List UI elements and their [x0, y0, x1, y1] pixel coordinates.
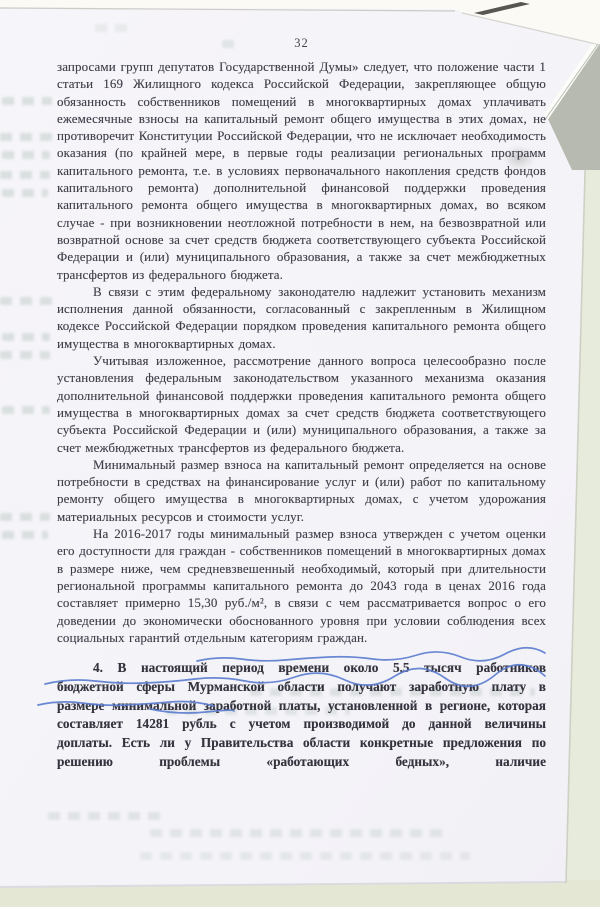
paragraph: запросами групп депутатов Государственно… — [57, 58, 546, 283]
paragraph: Учитывая изложенное, рассмотрение данног… — [57, 352, 546, 456]
paragraph: В связи с этим федеральному законодателю… — [57, 283, 546, 352]
document-text-column: 32 запросами групп депутатов Государстве… — [57, 36, 546, 785]
scanned-document-page: 32 запросами групп депутатов Государстве… — [0, 0, 600, 907]
page-number: 32 — [57, 36, 546, 51]
paragraph-question-4: 4. В настоящий период времени около 5,5 … — [57, 659, 546, 771]
paragraph: Минимальный размер взноса на капитальный… — [57, 456, 546, 525]
paragraph: На 2016-2017 годы минимальный размер взн… — [57, 525, 546, 646]
